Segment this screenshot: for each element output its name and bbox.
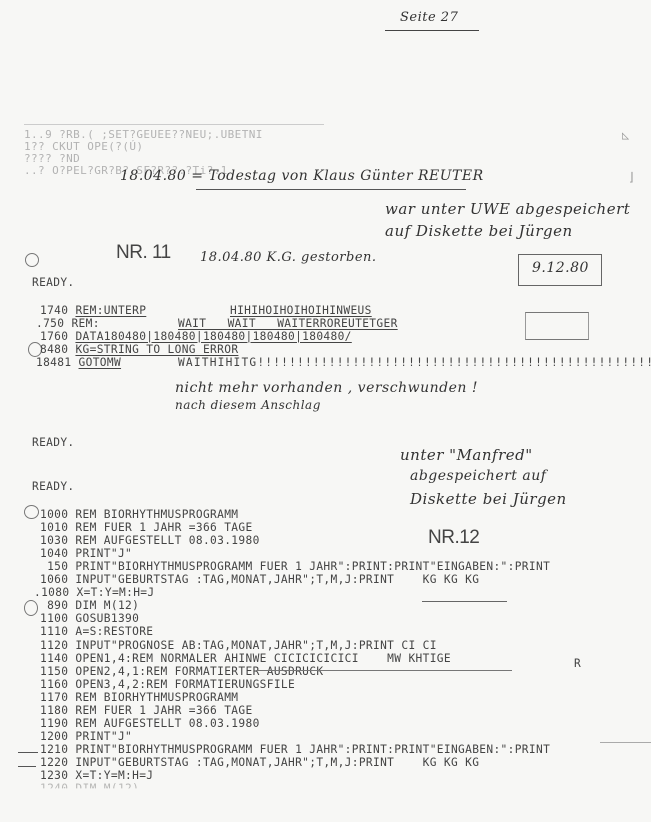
code-line-1750: .750 REM: xyxy=(36,317,100,331)
saved-note-line2: auf Diskette bei Jürgen xyxy=(385,222,573,240)
section11-title: NR. 11 xyxy=(116,242,171,264)
margin-dash xyxy=(18,752,38,753)
code-line: 1230 X=T:Y=M:H=J xyxy=(40,769,153,783)
circle-mark-icon xyxy=(24,505,39,519)
boxed-date: 9.12.80 xyxy=(532,260,589,276)
circle-mark-icon xyxy=(24,600,38,616)
code-line: 1100 GOSUB1390 xyxy=(40,612,139,626)
code-line: 1000 REM BIORHYTHMUSPROGRAMM xyxy=(40,508,238,522)
death-note-underline xyxy=(196,189,466,190)
code-line: 1120 INPUT"PROGNOSE AB:TAG,MONAT,JAHR";T… xyxy=(40,639,437,653)
code-line: 1210 PRINT"BIORHYTHMUSPROGRAMM FUER 1 JA… xyxy=(40,743,550,757)
ready-2: READY. xyxy=(32,436,75,450)
line-code: KG=STRING TO LONG ERROR xyxy=(75,343,238,356)
code-line: 150 PRINT"BIORHYTHMUSPROGRAMM FUER 1 JAH… xyxy=(40,560,550,574)
code-line: 1220 INPUT"GEBURTSTAG :TAG,MONAT,JAHR";T… xyxy=(40,756,479,770)
code-line: 890 DIM M(12) xyxy=(40,599,139,613)
code-line: 1040 PRINT"J" xyxy=(40,547,132,561)
code-line: 1110 A=S:RESTORE xyxy=(40,625,153,639)
code-line: 1150 OPEN2,4,1:REM FORMATIERTER AUSDRUCK xyxy=(40,665,323,679)
line-number: 8480 xyxy=(40,343,68,356)
hinwe-underline xyxy=(256,670,512,671)
section12-title: NR.12 xyxy=(428,527,479,549)
line-code: REM:UNTERP xyxy=(75,304,146,317)
line-number: 1740 xyxy=(40,304,68,317)
code-line: 1190 REM AUFGESTELLT 08.03.1980 xyxy=(40,717,260,731)
code-line: 1060 INPUT"GEBURTSTAG :TAG,MONAT,JAHR";T… xyxy=(40,573,479,587)
margin-dash-right xyxy=(600,742,651,743)
ready-1: READY. xyxy=(32,276,75,290)
line-number: 18481 xyxy=(36,356,71,369)
faded-top-rule xyxy=(24,124,324,125)
scanned-document-page: Seite 27 1..9 ?RB.( ;SET?GEUEE??NEU;.UBE… xyxy=(0,0,651,822)
line-number: 1760 xyxy=(40,330,68,343)
margin-bracket-icon: ⌋ xyxy=(628,170,635,184)
saved-note2-line1: unter "Manfred" xyxy=(400,446,533,464)
page-label-underline xyxy=(385,30,479,31)
line-code: DATA180480|180480|180480|180480|180480/ xyxy=(75,330,351,343)
code-line: 1160 OPEN3,4,2:REM FORMATIERUNGSFILE xyxy=(40,678,295,692)
ready-3: READY. xyxy=(32,480,75,494)
line-number: .750 xyxy=(36,317,64,330)
code-line-8480: 8480 KG=STRING TO LONG ERROR xyxy=(40,343,238,357)
vanished-note-line2: nach diesem Anschlag xyxy=(175,398,321,412)
code-line: 1180 REM FUER 1 JAHR =366 TAGE xyxy=(40,704,253,718)
code-line: 1200 PRINT"J" xyxy=(40,730,132,744)
stray-r: R xyxy=(574,657,581,671)
code-line-1760: 1760 DATA180480|180480|180480|180480|180… xyxy=(40,330,352,344)
circle-mark-icon xyxy=(25,253,39,267)
kg-underline xyxy=(422,601,507,602)
vanished-note-line1: nicht mehr vorhanden , verschwunden ! xyxy=(175,380,478,396)
line-code: REM: xyxy=(71,317,99,330)
code-line: 1010 REM FUER 1 JAHR =366 TAGE xyxy=(40,521,253,535)
sketch-box xyxy=(525,312,589,340)
margin-mark-icon: ◺ xyxy=(622,128,629,142)
code-line-1740-tail: HIHIHOIHOIHOIHINWEUS xyxy=(230,304,372,318)
code-line: 1030 REM AUFGESTELLT 08.03.1980 xyxy=(40,534,260,548)
code-line-18481-tail: WAITHIHITG!!!!!!!!!!!!!!!!!!!!!!!!!!!!!!… xyxy=(178,356,651,370)
death-note: 18.04.80 = Todestag von Klaus Günter REU… xyxy=(120,168,484,184)
code-line: .1080 X=T:Y=M:H=J xyxy=(34,586,154,600)
code-line-18481: 18481 GOTOMW xyxy=(36,356,121,370)
code-line: 1140 OPEN1,4:REM NORMALER AHINWE CICICIC… xyxy=(40,652,451,666)
code-line-1750-tail: WAIT WAIT WAITERROREUTETGER xyxy=(178,317,398,331)
saved-note2-line2: abgespeichert auf xyxy=(410,468,546,484)
saved-note-line1: war unter UWE abgespeichert xyxy=(385,200,630,218)
code-line: 1170 REM BIORHYTHMUSPROGRAMM xyxy=(40,691,238,705)
margin-dash xyxy=(18,766,36,767)
line-code: GOTOMW xyxy=(79,356,122,369)
code-line: 1240 DIM M(12) xyxy=(40,782,139,796)
saved-note2-line3: Diskette bei Jürgen xyxy=(410,490,567,508)
page-label: Seite 27 xyxy=(400,10,458,25)
section11-date-note: 18.04.80 K.G. gestorben. xyxy=(200,250,377,265)
code-line-1740: 1740 REM:UNTERP xyxy=(40,304,146,318)
